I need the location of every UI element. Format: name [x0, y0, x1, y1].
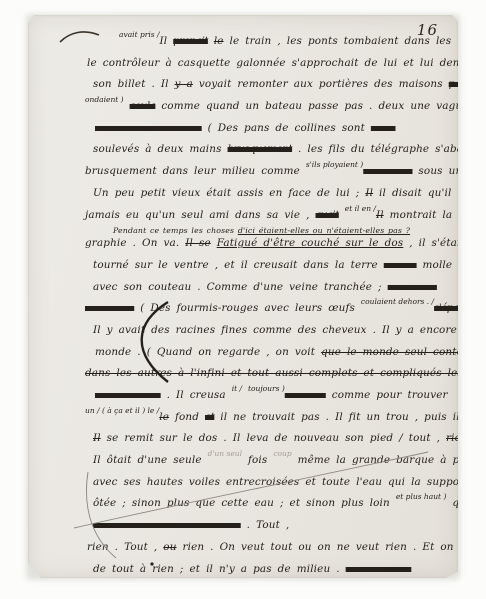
interline-insertion: ondaient )	[85, 95, 124, 104]
text-segment: fois	[242, 454, 273, 466]
text-segment: comme pour trouver	[326, 389, 448, 401]
text-segment: . /	[468, 432, 486, 444]
struck-text: Il se	[185, 237, 210, 249]
text-segment: comme quand un bateau passe pas . deux u…	[155, 100, 468, 112]
manuscript-line: ≈≈≈≈≈≈≈≈≈≈≈≈≈≈≈≈≈≈ . Tout ,	[85, 519, 450, 541]
text-segment: avec ses hautes voiles entrecroisées et …	[93, 476, 486, 488]
scribbled-out-text: avait	[316, 209, 339, 221]
text-segment	[339, 209, 345, 221]
text-segment: re-	[483, 237, 486, 249]
manuscript-line: Il se remit sur le dos . Il leva de nouv…	[85, 432, 450, 454]
scribbled-out-text: ≈≈≈≈≈	[285, 389, 326, 401]
text-segment: sous un poids . )	[412, 165, 486, 177]
text-segment: même la grande barque à pierre toute pro…	[292, 454, 486, 466]
scribbled-out-text: ≈≈≈≈≈≈≈≈	[346, 563, 412, 575]
manuscript-page: 16 avait pris /Il prenait le le train , …	[28, 15, 458, 578]
struck-text: le	[214, 35, 224, 47]
scribbled-out-text: ≈≈≈	[371, 122, 396, 134]
text-segment: rien . On veut tout ou on ne veut rien .…	[177, 541, 486, 553]
text-segment: le contrôleur à casquette galonnée s'app…	[87, 57, 486, 69]
text-segment: Pendant ce temps les choses	[113, 226, 238, 235]
struck-text: y a	[175, 78, 193, 90]
text-segment: jamais eu qu'un seul ami dans sa vie ,	[85, 209, 316, 221]
text-segment: ( Des pans de collines sont	[202, 122, 371, 134]
interline-insertion: s'ils ployaient )	[306, 160, 363, 169]
interline-insertion: un / ( à ça et il ) le /	[85, 406, 159, 415]
text-segment: Un peu petit vieux était assis en face d…	[93, 187, 365, 199]
text-segment: soulevés à deux mains	[93, 143, 228, 155]
text-segment: que cette eau .	[446, 497, 486, 509]
manuscript-line: soulevés à deux mains brusquement . les …	[85, 143, 450, 165]
manuscript-line: un / ( à ça et il ) le /le fond et il ne…	[85, 411, 450, 433]
text-segment: , il s'était	[403, 237, 470, 249]
text-segment: ( Des fourmis-rouges avec leurs œufs	[134, 302, 361, 314]
scribbled-out-text: coula	[130, 100, 156, 112]
text-segment: de tout à rien ; et il n'y a pas de mili…	[93, 563, 346, 575]
scribbled-out-text: ≈≈≈≈	[458, 259, 486, 271]
text-segment: brusquement dans leur milieu comme	[85, 165, 306, 177]
manuscript-line: rien . Tout , ou rien . On veut tout ou …	[85, 541, 450, 563]
text-segment: avec son couteau . Comme d'une veine tra…	[93, 281, 388, 293]
scribbled-out-text: ≈≈≈≈≈≈≈≈	[95, 389, 161, 401]
text-segment: montrait la photo-	[384, 209, 486, 221]
text-segment: Il	[160, 35, 174, 47]
scribbled-out-text: ≈≈≈≈≈≈	[85, 302, 134, 314]
manuscript-line: Un peu petit vieux était assis en face d…	[85, 187, 450, 209]
text-segment: Fatigué d'être couché sur le dos	[217, 237, 404, 249]
struck-text: ou	[163, 541, 176, 553]
text-segment: le train , les ponts tombaient dans les …	[224, 35, 486, 47]
interline-insertion: qui /	[482, 73, 486, 82]
manuscript-line: Il y avait des racines fines comme des c…	[85, 324, 450, 346]
scribbled-out-text: et	[205, 411, 214, 423]
scribbled-out-text: passe	[449, 78, 476, 90]
manuscript-line: ≈≈≈≈≈≈ ( Des fourmis-rouges avec leurs œ…	[85, 302, 450, 324]
text-segment: fond	[169, 411, 205, 423]
text-segment: son billet . Il	[93, 78, 175, 90]
interline-insertion: d'un seul	[208, 449, 242, 458]
scribbled-out-text: ≈≈≈≈≈≈≈≈≈≈≈≈≈≈≈≈≈≈	[93, 519, 241, 531]
scribbled-out-text: ≈≈≈≈≈≈	[363, 165, 412, 177]
interline-insertion: coulaient dehors . /	[361, 297, 434, 306]
text-segment: ôtée ; sinon plus que cette eau ; et sin…	[93, 497, 396, 509]
struck-text: Il	[376, 209, 384, 221]
text-segment: monde . ( Quand on regarde , on voit	[95, 346, 321, 358]
text-segment: il ne trouvait pas . Il fit un trou , pu…	[214, 411, 486, 423]
struck-text: le	[159, 411, 169, 423]
scribbled-out-text: s'épandaient	[434, 302, 486, 314]
text-segment: il disait qu'il n'avait	[373, 187, 486, 199]
text-segment: . les fils du télégraphe s'abaissent	[292, 143, 486, 155]
text-segment: tourné sur le ventre , et il creusait da…	[93, 259, 384, 271]
struck-text: Il	[365, 187, 373, 199]
interline-insertion: avait pris /	[119, 30, 160, 39]
manuscript-line: monde . ( Quand on regarde , on voit que…	[85, 346, 450, 368]
scribbled-out-text: de	[471, 237, 483, 249]
scribbled-out-text: brusquement	[228, 143, 293, 155]
text-segment: . Il creusa	[161, 389, 232, 401]
manuscript-line: le contrôleur à casquette galonnée s'app…	[85, 57, 450, 79]
struck-text: Il	[93, 432, 101, 444]
manuscript-line: Il ôtait d'une seule d'un seul fois coup…	[85, 454, 450, 476]
scribbled-out-text: ≈≈≈≈≈≈	[388, 281, 437, 293]
text-segment: . Tout ,	[241, 519, 290, 531]
handwritten-text-block: avait pris /Il prenait le le train , les…	[85, 35, 450, 584]
text-segment: molle	[417, 259, 459, 271]
manuscript-line: ondaient ) coula comme quand un bateau p…	[85, 100, 450, 122]
scribbled-out-text: ≈≈≈≈	[384, 259, 417, 271]
manuscript-line: ≈≈≈≈≈≈≈≈≈≈≈≈≈ ( Des pans de collines son…	[85, 122, 450, 144]
manuscript-line: brusquement dans leur milieu comme s'ils…	[85, 165, 450, 187]
text-segment: voyait remonter aux portières des maison…	[193, 78, 449, 90]
interline-insertion: coup	[273, 449, 291, 458]
manuscript-line: tourné sur le ventre , et il creusait da…	[85, 259, 450, 281]
manuscript-line: Pendant ce temps les choses d'ici étaien…	[85, 226, 450, 237]
struck-text: dans les autres à l'infini et tout aussi…	[85, 367, 463, 379]
text-segment: Il y avait des racines fines comme des c…	[93, 324, 486, 336]
text-segment: graphie . On va.	[85, 237, 185, 249]
manuscript-line: graphie . On va. Il se Fatigué d'être co…	[85, 237, 450, 259]
scribbled-out-text: prenait	[173, 35, 208, 47]
interline-insertion: et il en /	[345, 204, 376, 213]
manuscript-line: avait pris /Il prenait le le train , les…	[85, 35, 450, 57]
text-segment: Il ôtait d'une seule	[93, 454, 208, 466]
struck-text: rien	[446, 432, 468, 444]
text-segment: se remit sur le dos . Il leva de nouveau…	[101, 432, 446, 444]
manuscript-line: de tout à rien ; et il n'y a pas de mili…	[85, 563, 450, 585]
interline-insertion: toujours )	[248, 384, 285, 393]
interline-insertion: it /	[232, 384, 242, 393]
text-segment: d'ici étaient-elles ou n'étaient-elles p…	[238, 226, 410, 235]
manuscript-line: son billet . Il y a voyait remonter aux …	[85, 78, 450, 100]
text-segment: rien . Tout ,	[87, 541, 163, 553]
interline-insertion: et plus haut )	[396, 492, 447, 501]
manuscript-scan: 16 avait pris /Il prenait le le train , …	[0, 0, 486, 599]
struck-text: que le monde seul contenir les uns	[321, 346, 486, 358]
manuscript-line: ôtée ; sinon plus que cette eau ; et sin…	[85, 497, 450, 519]
scribbled-out-text: ≈≈≈≈≈≈≈≈≈≈≈≈≈	[95, 122, 202, 134]
text-segment	[476, 78, 482, 90]
